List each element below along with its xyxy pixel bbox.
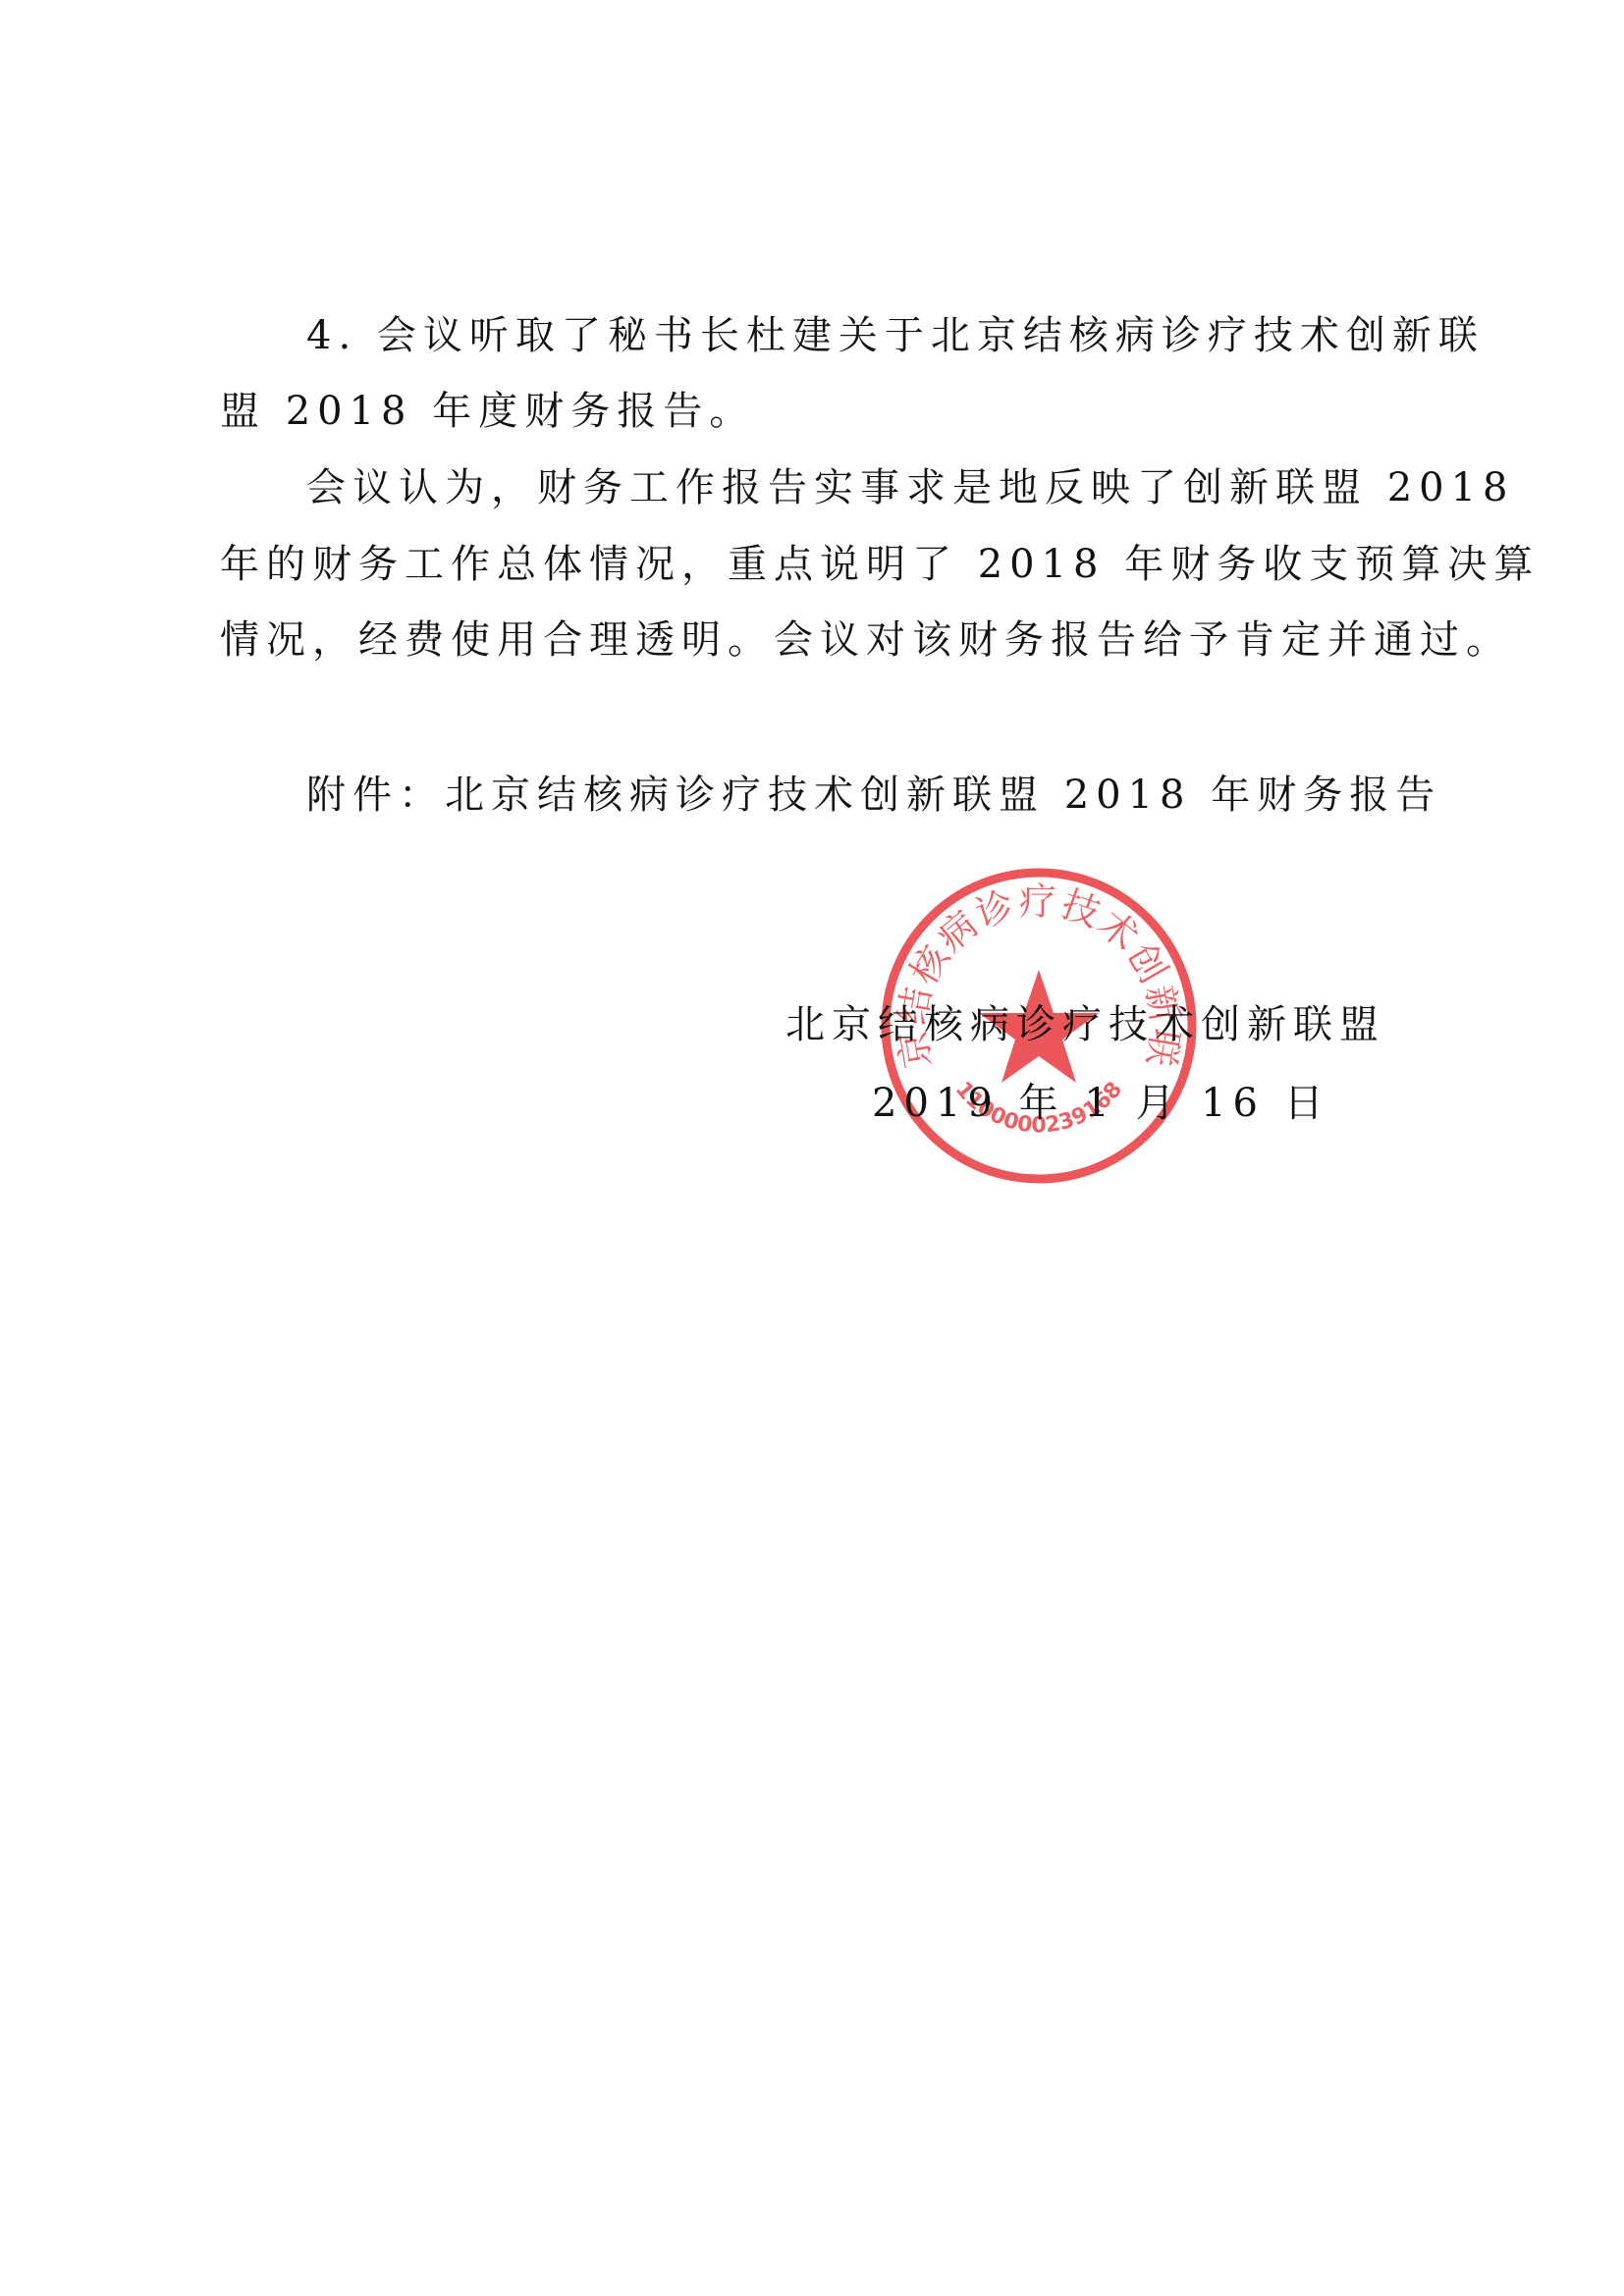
- paragraph-4-line-1: 4. 会议听取了秘书长杜建关于北京结核病诊疗技术创新联: [306, 312, 1485, 359]
- conclusion-line-1: 会议认为，财务工作报告实事求是地反映了创新联盟 2018: [306, 464, 1515, 511]
- attachment-line: 附件：北京结核病诊疗技术创新联盟 2018 年财务报告: [306, 772, 1441, 819]
- paragraph-4-line-2: 盟 2018 年度财务报告。: [220, 388, 755, 435]
- conclusion-line-2: 年的财务工作总体情况，重点说明了 2018 年财务收支预算决算: [220, 541, 1540, 588]
- conclusion-line-3: 情况，经费使用合理透明。会议对该财务报告给予肯定并通过。: [220, 616, 1512, 664]
- signature-organization: 北京结核病诊疗技术创新联盟: [785, 1001, 1385, 1048]
- signature-date: 2019 年 1 月 16 日: [872, 1080, 1330, 1127]
